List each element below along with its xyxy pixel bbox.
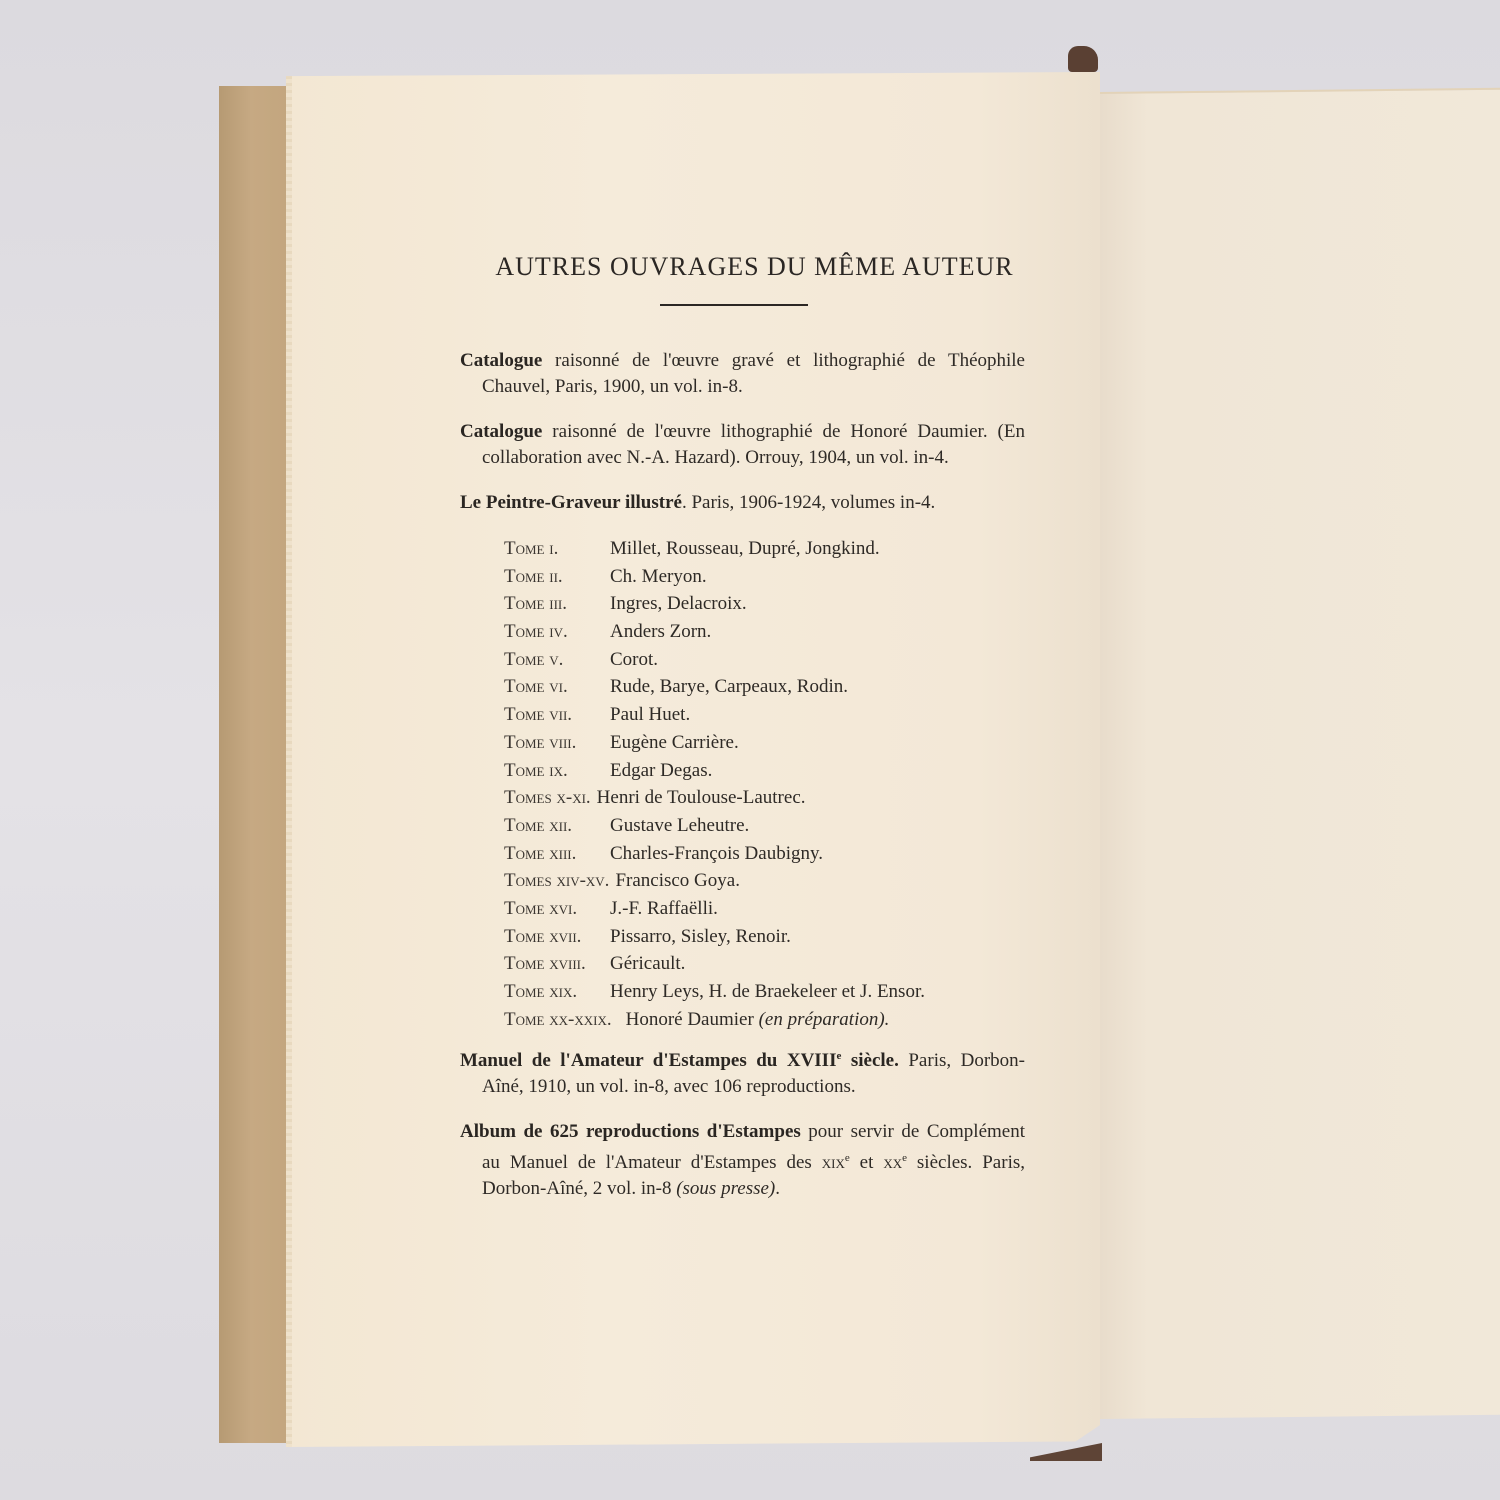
tome-label: Tome iii. [504, 590, 610, 618]
tome-row: Tome ix.Edgar Degas. [504, 757, 1025, 785]
tome-label: Tome viii. [504, 729, 610, 757]
tome-label: Tome xviii. [504, 950, 610, 978]
entry-title-part: Manuel de l'Amateur d'Estampes du XVIII [460, 1050, 836, 1071]
tome-artists: Gustave Leheutre. [610, 812, 749, 840]
tome-artists: J.-F. Raffaëlli. [610, 895, 718, 923]
title-rule [660, 304, 808, 306]
tome-label: Tome i. [504, 535, 610, 563]
tome-row: Tome xx-xxix.Honoré Daumier (en préparat… [504, 1006, 1025, 1034]
tome-note: (en préparation). [759, 1009, 890, 1030]
page-content: AUTRES OUVRAGES DU MÊME AUTEUR Catalogue… [460, 252, 1025, 1221]
tome-label: Tomes xiv-xv. [504, 867, 609, 895]
tome-label: Tome xiii. [504, 840, 610, 868]
entry-text: et [850, 1152, 884, 1173]
entry-title: Album de 625 reproductions d'Estampes [460, 1121, 801, 1142]
tome-label: Tome xvi. [504, 895, 610, 923]
book-cover-edge-top [1068, 46, 1098, 72]
entry-title: Catalogue [460, 350, 542, 371]
tome-artists: Francisco Goya. [615, 867, 740, 895]
book-cover-edge-bottom [1030, 1443, 1102, 1461]
tome-artists: Millet, Rousseau, Dupré, Jongkind. [610, 535, 880, 563]
century: xix [822, 1152, 845, 1173]
tome-artists: Edgar Degas. [610, 757, 712, 785]
tome-row: Tome xvi.J.-F. Raffaëlli. [504, 895, 1025, 923]
century: xx [883, 1152, 902, 1173]
tome-artists: Corot. [610, 646, 658, 674]
tome-row: Tome vi.Rude, Barye, Carpeaux, Rodin. [504, 673, 1025, 701]
tome-label: Tome xvii. [504, 923, 610, 951]
tome-row: Tome v.Corot. [504, 646, 1025, 674]
tome-row: Tome xii.Gustave Leheutre. [504, 812, 1025, 840]
entry-title: Le Peintre-Graveur illustré [460, 492, 682, 513]
tome-label: Tome vi. [504, 673, 610, 701]
tome-artist-name: Honoré Daumier [626, 1009, 754, 1030]
tome-artists: Ch. Meryon. [610, 563, 707, 591]
tome-row: Tomes x-xi.Henri de Toulouse-Lautrec. [504, 784, 1025, 812]
tome-row: Tome ii.Ch. Meryon. [504, 563, 1025, 591]
tome-row: Tome xiii.Charles-François Daubigny. [504, 840, 1025, 868]
tome-label: Tome xii. [504, 812, 610, 840]
tome-label: Tome xx-xxix. [504, 1006, 612, 1034]
tome-label: Tomes x-xi. [504, 784, 591, 812]
tome-row: Tome iv.Anders Zorn. [504, 618, 1025, 646]
tome-artists: Rude, Barye, Carpeaux, Rodin. [610, 673, 848, 701]
page-title: AUTRES OUVRAGES DU MÊME AUTEUR [484, 252, 1025, 282]
bibliography-entry-manuel: Manuel de l'Amateur d'Estampes du XVIIIe… [460, 1043, 1025, 1100]
tome-artists: Henry Leys, H. de Braekeleer et J. Ensor… [610, 978, 925, 1006]
tome-row: Tome viii.Eugène Carrière. [504, 729, 1025, 757]
entry-title-part: siècle. [841, 1050, 899, 1071]
tome-artists: Ingres, Delacroix. [610, 590, 747, 618]
bibliography-entry: Catalogue raisonné de l'œuvre lithograph… [460, 419, 1025, 471]
tome-label: Tome xix. [504, 978, 610, 1006]
tome-row: Tome iii.Ingres, Delacroix. [504, 590, 1025, 618]
entry-text: raisonné de l'œuvre lithographié de Hono… [482, 421, 1025, 468]
tome-artists: Pissarro, Sisley, Renoir. [610, 923, 791, 951]
tome-row: Tomes xiv-xv.Francisco Goya. [504, 867, 1025, 895]
tome-label: Tome iv. [504, 618, 610, 646]
tome-label: Tome ix. [504, 757, 610, 785]
bibliography-entry: Le Peintre-Graveur illustré. Paris, 1906… [460, 490, 1025, 516]
tome-artists: Henri de Toulouse-Lautrec. [597, 784, 806, 812]
other-works: Manuel de l'Amateur d'Estampes du XVIIIe… [460, 1043, 1025, 1202]
tome-artists: Honoré Daumier (en préparation). [626, 1006, 890, 1034]
entry-title: Manuel de l'Amateur d'Estampes du XVIIIe… [460, 1050, 899, 1071]
tome-row: Tome vii.Paul Huet. [504, 701, 1025, 729]
bibliography-entry: Catalogue raisonné de l'œuvre gravé et l… [460, 348, 1025, 400]
tome-label: Tome v. [504, 646, 610, 674]
tome-row: Tome i.Millet, Rousseau, Dupré, Jongkind… [504, 535, 1025, 563]
entry-note: (sous presse) [676, 1178, 775, 1199]
entry-text: raisonné de l'œuvre gravé et lithographi… [482, 350, 1025, 397]
tome-artists: Géricault. [610, 950, 685, 978]
tome-row: Tome xix.Henry Leys, H. de Braekeleer et… [504, 978, 1025, 1006]
tome-artists: Charles-François Daubigny. [610, 840, 823, 868]
tome-list: Tome i.Millet, Rousseau, Dupré, Jongkind… [504, 535, 1025, 1033]
tome-row: Tome xvii.Pissarro, Sisley, Renoir. [504, 923, 1025, 951]
tome-artists: Paul Huet. [610, 701, 690, 729]
facing-blank-page [1100, 88, 1500, 1419]
entry-title: Catalogue [460, 421, 542, 442]
tome-label: Tome vii. [504, 701, 610, 729]
tome-row: Tome xviii.Géricault. [504, 950, 1025, 978]
tome-artists: Anders Zorn. [610, 618, 711, 646]
book-photo: AUTRES OUVRAGES DU MÊME AUTEUR Catalogue… [0, 0, 1500, 1500]
entry-text: . [775, 1178, 780, 1199]
bibliography-entry-album: Album de 625 reproductions d'Estampes po… [460, 1119, 1025, 1202]
printed-page: AUTRES OUVRAGES DU MÊME AUTEUR Catalogue… [286, 72, 1100, 1447]
entry-text: . Paris, 1906-1924, volumes in-4. [682, 492, 935, 513]
tome-label: Tome ii. [504, 563, 610, 591]
tome-artists: Eugène Carrière. [610, 729, 739, 757]
